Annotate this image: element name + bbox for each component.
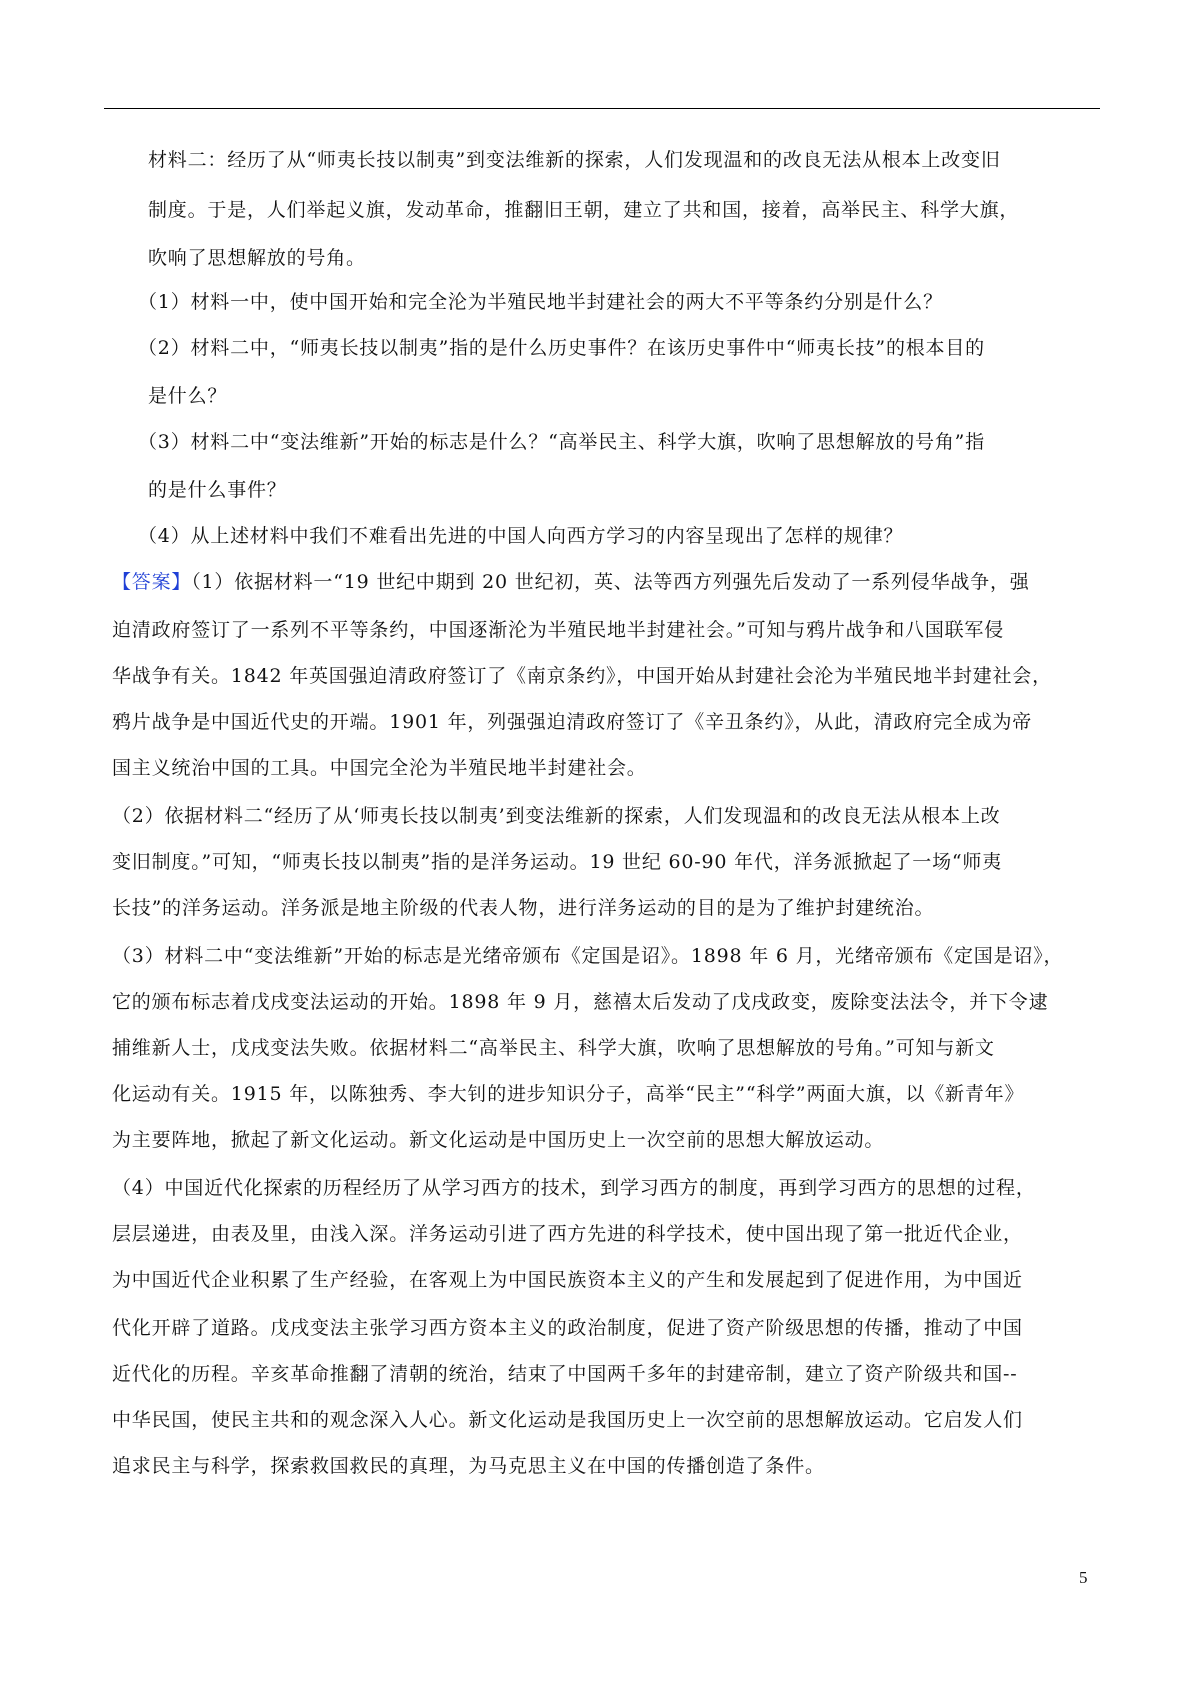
text-line: 的是什么事件？ xyxy=(148,478,287,502)
text-line: 为主要阵地，掀起了新文化运动。新文化运动是中国历史上一次空前的思想大解放运动。 xyxy=(112,1128,884,1152)
text-line: 是什么？ xyxy=(148,384,227,408)
text-line: （3）材料二中“变法维新”开始的标志是什么？“高举民主、科学大旗，吹响了思想解放… xyxy=(138,430,985,454)
text-line: （2）材料二中，“师夷长技以制夷”指的是什么历史事件？在该历史事件中“师夷长技”… xyxy=(138,336,985,360)
text-line: 捕维新人士，戊戌变法失败。依据材料二“高举民主、科学大旗，吹响了思想解放的号角。… xyxy=(112,1036,995,1060)
text-line: （4）从上述材料中我们不难看出先进的中国人向西方学习的内容呈现出了怎样的规律？ xyxy=(138,524,903,548)
text-line: 代化开辟了道路。戊戌变法主张学习西方资本主义的政治制度，促进了资产阶级思想的传播… xyxy=(112,1316,1023,1340)
text-line: （1）材料一中，使中国开始和完全沦为半殖民地半封建社会的两大不平等条约分别是什么… xyxy=(138,290,943,314)
text-line: 为中国近代企业积累了生产经验，在客观上为中国民族资本主义的产生和发展起到了促进作… xyxy=(112,1268,1023,1292)
text-line: 追求民主与科学，探索救国救民的真理，为马克思主义在中国的传播创造了条件。 xyxy=(112,1454,825,1478)
text-line: （2）依据材料二“经历了从‘师夷长技以制夷’到变法维新的探索，人们发现温和的改良… xyxy=(112,804,1000,828)
text-line: 鸦片战争是中国近代史的开端。1901 年，列强强迫清政府签订了《辛丑条约》，从此… xyxy=(112,710,1032,734)
header-rule xyxy=(104,108,1100,109)
text-line: 层层递进，由表及里，由浅入深。洋务运动引进了西方先进的科学技术，使中国出现了第一… xyxy=(112,1222,1023,1246)
text-line: 制度。于是，人们举起义旗，发动革命，推翻旧王朝，建立了共和国，接着，高举民主、科… xyxy=(148,198,1019,222)
page-number: 5 xyxy=(1079,1568,1088,1588)
text-line: 迫清政府签订了一系列不平等条约，中国逐渐沦为半殖民地半封建社会。”可知与鸦片战争… xyxy=(112,618,1004,642)
text-line: 材料二：经历了从“师夷长技以制夷”到变法维新的探索，人们发现温和的改良无法从根本… xyxy=(148,148,1001,172)
text-line: 化运动有关。1915 年，以陈独秀、李大钊的进步知识分子，高举“民主”“科学”两… xyxy=(112,1082,1024,1106)
text-line: 近代化的历程。辛亥革命推翻了清朝的统治，结束了中国两千多年的封建帝制，建立了资产… xyxy=(112,1362,1017,1386)
text-line: 它的颁布标志着戊戌变法运动的开始。1898 年 9 月，慈禧太后发动了戊戌政变，… xyxy=(112,990,1048,1014)
answer-text: （1）依据材料一“19 世纪中期到 20 世纪初，英、法等西方列强先后发动了一系… xyxy=(191,571,1029,593)
text-line: （3）材料二中“变法维新”开始的标志是光绪帝颁布《定国是诏》。1898 年 6 … xyxy=(112,944,1063,968)
text-line: 【答案】（1）依据材料一“19 世纪中期到 20 世纪初，英、法等西方列强先后发… xyxy=(112,570,1030,594)
text-line: 吹响了思想解放的号角。 xyxy=(148,246,366,270)
text-line: 华战争有关。1842 年英国强迫清政府签订了《南京条约》，中国开始从封建社会沦为… xyxy=(112,664,1052,688)
answer-label: 【答案】 xyxy=(112,571,191,593)
text-line: 变旧制度。”可知，“师夷长技以制夷”指的是洋务运动。19 世纪 60-90 年代… xyxy=(112,850,1002,874)
text-line: 国主义统治中国的工具。中国完全沦为半殖民地半封建社会。 xyxy=(112,756,647,780)
text-line: 中华民国，使民主共和的观念深入人心。新文化运动是我国历史上一次空前的思想解放运动… xyxy=(112,1408,1023,1432)
text-line: （4）中国近代化探索的历程经历了从学习西方的技术，到学习西方的制度，再到学习西方… xyxy=(112,1176,1036,1200)
text-line: 长技”的洋务运动。洋务派是地主阶级的代表人物，进行洋务运动的目的是为了维护封建统… xyxy=(112,896,934,920)
